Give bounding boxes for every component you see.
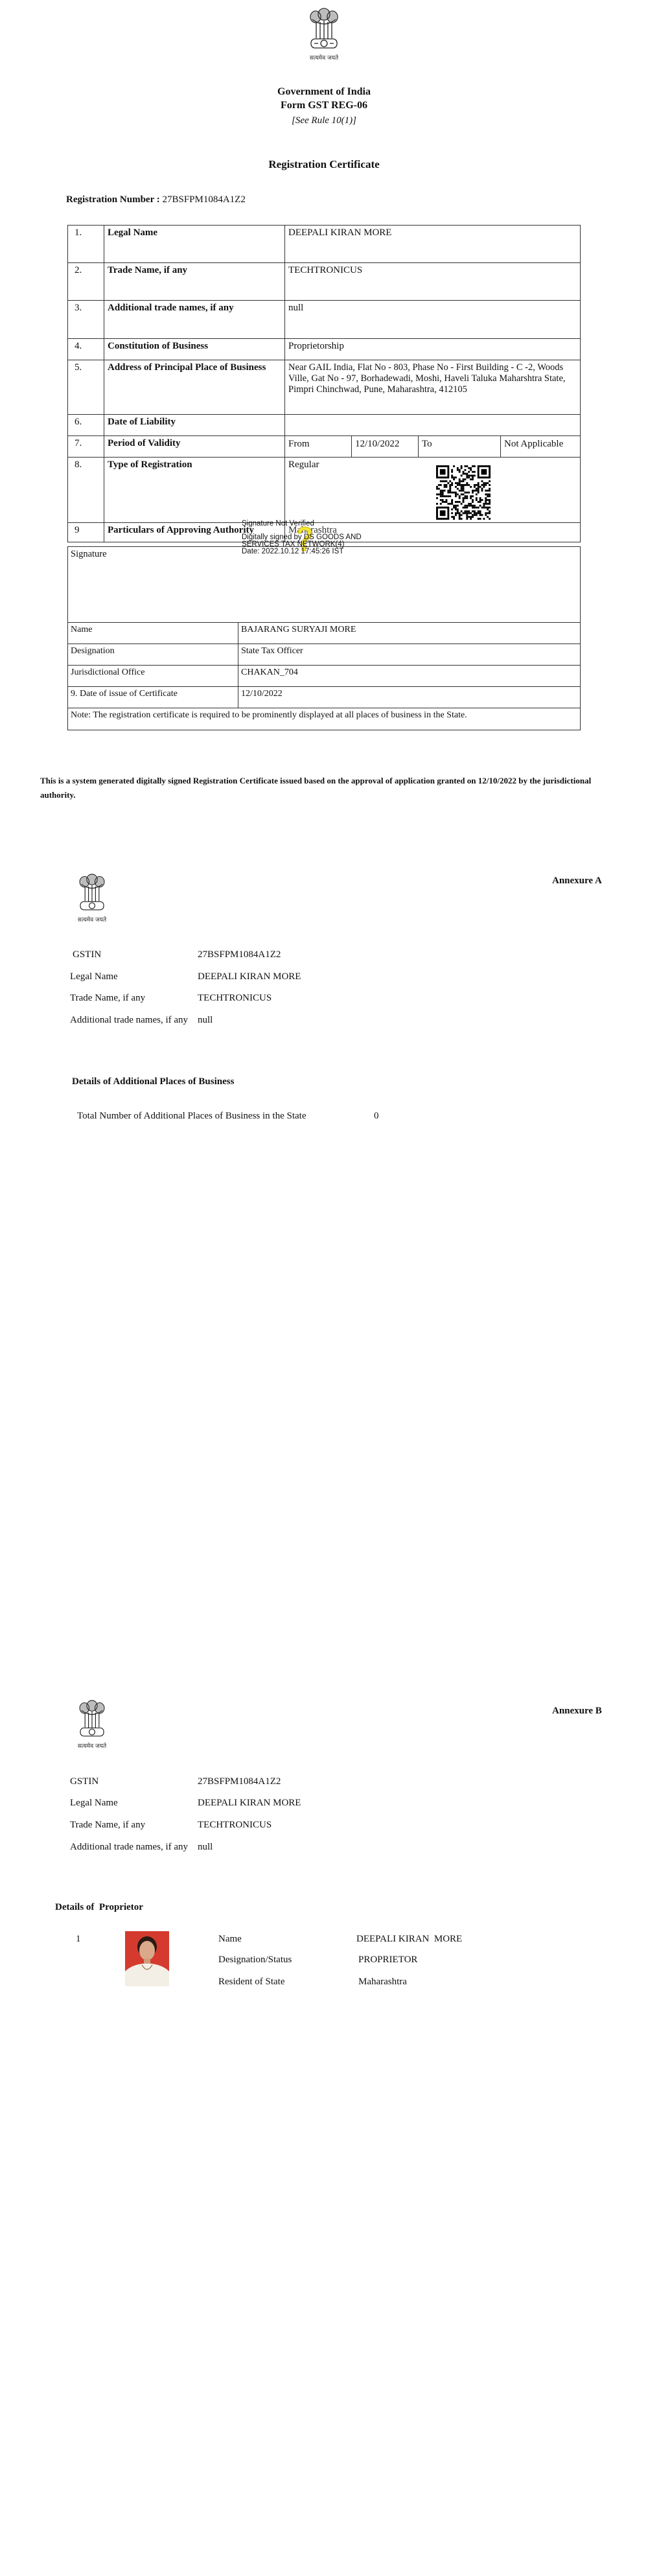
digital-signature-block[interactable]: Signature Not Verified Digitally signed … — [242, 520, 362, 555]
field-label: GSTIN — [70, 1776, 193, 1787]
authority-label: Jurisdictional Office — [68, 666, 238, 687]
row-number: 9 — [68, 523, 104, 542]
row-number: 3. — [68, 301, 104, 339]
emblem-motto: सत्यमेव जयते — [305, 53, 343, 62]
row-label: Additional trade names, if any — [104, 301, 285, 339]
authority-value: CHAKAN_704 — [238, 666, 581, 687]
proprietor-resident-label: Resident of State — [218, 1977, 284, 1988]
national-emblem-icon: सत्यमेव जयते — [305, 3, 343, 62]
authority-value: BAJARANG SURYAJI MORE — [238, 623, 581, 644]
field-label: Legal Name — [70, 1798, 193, 1809]
field-value: 27BSFPM1084A1Z2 — [198, 949, 281, 960]
page-title: Registration Certificate — [0, 158, 648, 171]
row-label: Constitution of Business — [104, 339, 285, 360]
row-number: 6. — [68, 415, 104, 436]
proprietor-designation-value: PROPRIETOR — [358, 1955, 417, 1966]
qr-code-icon — [436, 465, 491, 520]
field-value: TECHTRONICUS — [198, 993, 272, 1004]
field-value: 27BSFPM1084A1Z2 — [198, 1776, 281, 1787]
registration-number: Registration Number : 27BSFPM1084A1Z2 — [66, 194, 246, 205]
signature-row: Signature — [68, 547, 581, 623]
address-value: Near GAIL India, Flat No - 803, Phase No… — [285, 360, 581, 415]
table-row: 8. Type of Registration Regular — [68, 458, 581, 523]
table-row: 5. Address of Principal Place of Busines… — [68, 360, 581, 415]
row-label: Address of Principal Place of Business — [104, 360, 285, 415]
row-number: 5. — [68, 360, 104, 415]
row-number: 4. — [68, 339, 104, 360]
proprietor-index: 1 — [76, 1934, 81, 1945]
validity-from-label: From — [285, 436, 352, 458]
row-label: Date of Liability — [104, 415, 285, 436]
form-title: Form GST REG-06 — [0, 100, 648, 111]
national-emblem-icon: सत्यमेव जयते — [75, 868, 110, 923]
authority-value: State Tax Officer — [238, 644, 581, 666]
field-label: Trade Name, if any — [70, 993, 193, 1004]
rule-reference: [See Rule 10(1)] — [0, 115, 648, 126]
row-value: null — [285, 301, 581, 339]
table-row: Jurisdictional Office CHAKAN_704 — [68, 666, 581, 687]
row-value: Regular — [285, 458, 581, 523]
field-label: Additional trade names, if any — [70, 1842, 193, 1853]
authority-label: Designation — [68, 644, 238, 666]
row-value: Proprietorship — [285, 339, 581, 360]
signature-date: Date: 2022.10.12 17:45:26 IST — [242, 548, 362, 555]
row-label: Trade Name, if any — [104, 263, 285, 301]
system-generated-note: This is a system generated digitally sig… — [40, 774, 610, 802]
note-row: Note: The registration certificate is re… — [68, 708, 581, 730]
table-row: 1. Legal Name DEEPALI KIRAN MORE — [68, 226, 581, 263]
row-number: 2. — [68, 263, 104, 301]
authority-table: Signature Name BAJARANG SURYAJI MORE Des… — [67, 546, 581, 730]
registration-type: Regular — [288, 459, 319, 470]
table-row: 7. Period of Validity From 12/10/2022 To… — [68, 436, 581, 458]
row-label: Type of Registration — [104, 458, 285, 523]
additional-places-total-value: 0 — [374, 1111, 379, 1122]
additional-places-heading: Details of Additional Places of Business — [72, 1076, 234, 1087]
field-label: Legal Name — [70, 971, 193, 982]
registration-number-value: 27BSFPM1084A1Z2 — [162, 194, 245, 205]
display-note: Note: The registration certificate is re… — [68, 708, 581, 730]
validity-to-label: To — [419, 436, 501, 458]
table-row: Designation State Tax Officer — [68, 644, 581, 666]
field-value: null — [198, 1015, 213, 1026]
row-value — [285, 415, 581, 436]
field-value: DEEPALI KIRAN MORE — [198, 1798, 301, 1809]
proprietor-heading: Details of Proprietor — [55, 1902, 143, 1913]
proprietor-designation-label: Designation/Status — [218, 1955, 292, 1966]
authority-label: 9. Date of issue of Certificate — [68, 687, 238, 708]
row-label: Period of Validity — [104, 436, 285, 458]
field-value: null — [198, 1842, 213, 1853]
row-number: 8. — [68, 458, 104, 523]
proprietor-resident-value: Maharashtra — [358, 1977, 407, 1988]
field-value: DEEPALI KIRAN MORE — [198, 971, 301, 982]
row-label: Legal Name — [104, 226, 285, 263]
row-number: 1. — [68, 226, 104, 263]
proprietor-name-label: Name — [218, 1934, 242, 1945]
registration-number-label: Registration Number : — [66, 194, 160, 205]
signature-label: Signature — [68, 547, 581, 623]
annexure-b-title: Annexure B — [552, 1706, 602, 1717]
row-number: 7. — [68, 436, 104, 458]
annexure-a-title: Annexure A — [552, 876, 602, 887]
registration-details-table: 1. Legal Name DEEPALI KIRAN MORE 2. Trad… — [67, 225, 581, 542]
emblem-motto: सत्यमेव जयते — [75, 1741, 110, 1750]
proprietor-photo — [125, 1931, 169, 1986]
row-value: DEEPALI KIRAN MORE — [285, 226, 581, 263]
additional-places-total-label: Total Number of Additional Places of Bus… — [77, 1111, 306, 1122]
table-row: 2. Trade Name, if any TECHTRONICUS — [68, 263, 581, 301]
field-label: GSTIN — [73, 949, 196, 960]
table-row: Name BAJARANG SURYAJI MORE — [68, 623, 581, 644]
signature-status: Signature Not Verified — [242, 520, 362, 528]
field-value: TECHTRONICUS — [198, 1820, 272, 1831]
row-value: TECHTRONICUS — [285, 263, 581, 301]
table-row: 6. Date of Liability — [68, 415, 581, 436]
proprietor-name-value: DEEPALI KIRAN MORE — [356, 1934, 462, 1945]
emblem-motto: सत्यमेव जयते — [75, 915, 110, 923]
government-heading: Government of India — [0, 86, 648, 98]
field-label: Additional trade names, if any — [70, 1015, 193, 1026]
validity-from-value: 12/10/2022 — [352, 436, 419, 458]
table-row: 3. Additional trade names, if any null — [68, 301, 581, 339]
authority-label: Name — [68, 623, 238, 644]
national-emblem-icon: सत्यमेव जयते — [75, 1695, 110, 1750]
field-label: Trade Name, if any — [70, 1820, 193, 1831]
validity-to-value: Not Applicable — [501, 436, 581, 458]
table-row: 9. Date of issue of Certificate 12/10/20… — [68, 687, 581, 708]
table-row: 4. Constitution of Business Proprietorsh… — [68, 339, 581, 360]
authority-value: 12/10/2022 — [238, 687, 581, 708]
